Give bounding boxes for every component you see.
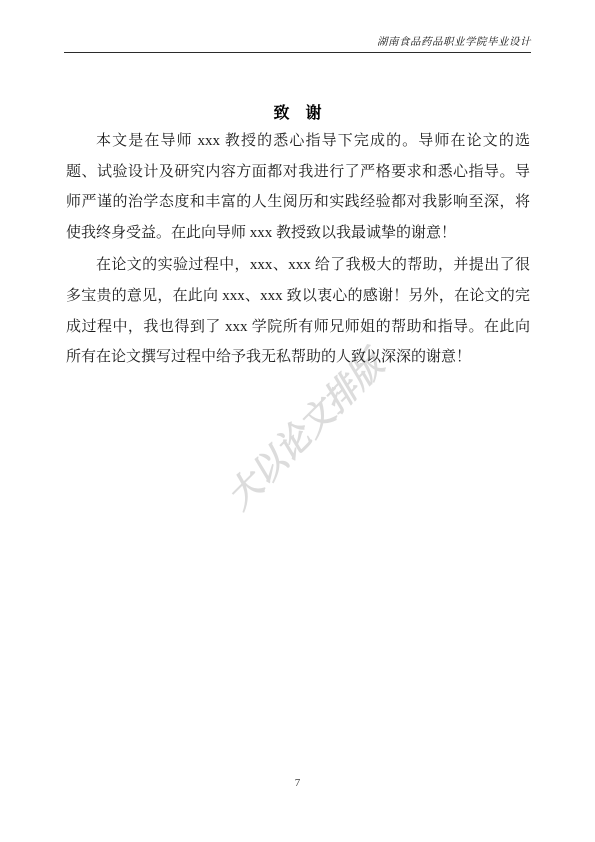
page-header: 湖南食品药品职业学院毕业设计 [64,30,531,53]
paragraph: 在论文的实验过程中，xxx、xxx 给了我极大的帮助，并提出了很多宝贵的意见，在… [66,250,530,372]
page-number: 7 [0,777,595,789]
header-running-title: 湖南食品药品职业学院毕业设计 [377,34,531,49]
paragraph: 本文是在导师 xxx 教授的悉心指导下完成的。导师在论文的选题、试验设计及研究内… [66,126,530,248]
document-page: 湖南食品药品职业学院毕业设计 致 谢 本文是在导师 xxx 教授的悉心指导下完成… [0,0,595,842]
section-title: 致 谢 [0,100,595,123]
acknowledgement-body: 本文是在导师 xxx 教授的悉心指导下完成的。导师在论文的选题、试验设计及研究内… [66,126,530,375]
